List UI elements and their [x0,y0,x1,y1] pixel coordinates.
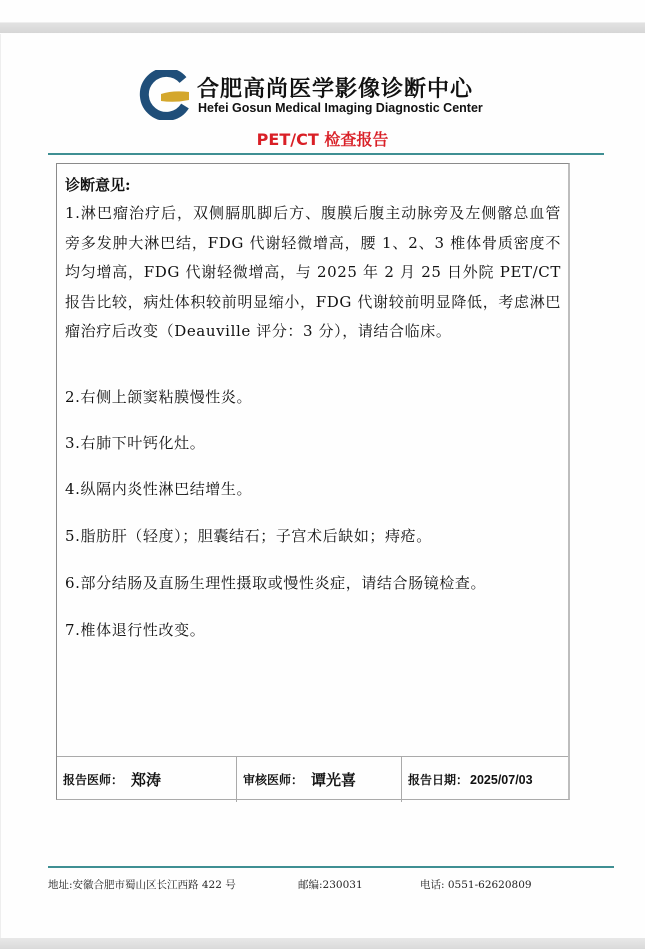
reporter-cell: 报告医师： 郑涛 [57,757,236,802]
org-name-cn: 合肥高尚医学影像诊断中心 [197,72,473,103]
diagnosis-box: 诊断意见: 1.淋巴瘤治疗后，双侧膈肌脚后方、腹膜后腹主动脉旁及左侧髂总血管旁多… [56,163,570,800]
diagnosis-item-6: 6.部分结肠及直肠生理性摄取或慢性炎症，请结合肠镜检查。 [65,569,561,599]
report-date-cell: 报告日期： 2025/07/03 [401,757,568,802]
page-gap-bottom [0,938,645,949]
reporter-label: 报告医师： [63,771,123,788]
report-title: PET/CT 检查报告 [0,127,645,150]
footer-divider [48,866,614,868]
diagnosis-item-4: 4.纵隔内炎性淋巴结增生。 [65,475,561,505]
reviewer-name: 谭光喜 [311,769,356,790]
footer-address: 地址:安徽合肥市蜀山区长江西路 422 号 [48,877,236,892]
reviewer-label: 审核医师： [243,771,303,788]
diagnosis-item-5: 5.脂肪肝（轻度）；胆囊结石；子宫术后缺如；痔疮。 [65,522,561,552]
report-date-label: 报告日期： [408,771,468,788]
diagnosis-item-3: 3.右肺下叶钙化灶。 [65,429,561,459]
page-gap [0,23,645,33]
previous-page-edge [0,0,645,23]
footer-postcode: 邮编:230031 [298,877,363,892]
diagnosis-item-2: 2.右侧上颌窦粘膜慢性炎。 [65,383,561,413]
diagnosis-heading: 诊断意见: [65,174,131,195]
org-name-en: Hefei Gosun Medical Imaging Diagnostic C… [198,101,483,115]
signature-row: 报告医师： 郑涛 审核医师： 谭光喜 报告日期： 2025/07/03 [57,756,568,802]
diagnosis-item-1: 1.淋巴瘤治疗后，双侧膈肌脚后方、腹膜后腹主动脉旁及左侧髂总血管旁多发肿大淋巴结… [65,199,561,347]
header-divider [48,153,604,155]
reviewer-cell: 审核医师： 谭光喜 [236,757,401,802]
gosun-g-logo-icon [139,70,191,120]
report-date-value: 2025/07/03 [470,773,533,787]
diagnosis-item-7: 7.椎体退行性改变。 [65,616,561,646]
footer-phone: 电话: 0551-62620809 [420,877,532,892]
reporter-name: 郑涛 [131,769,161,790]
